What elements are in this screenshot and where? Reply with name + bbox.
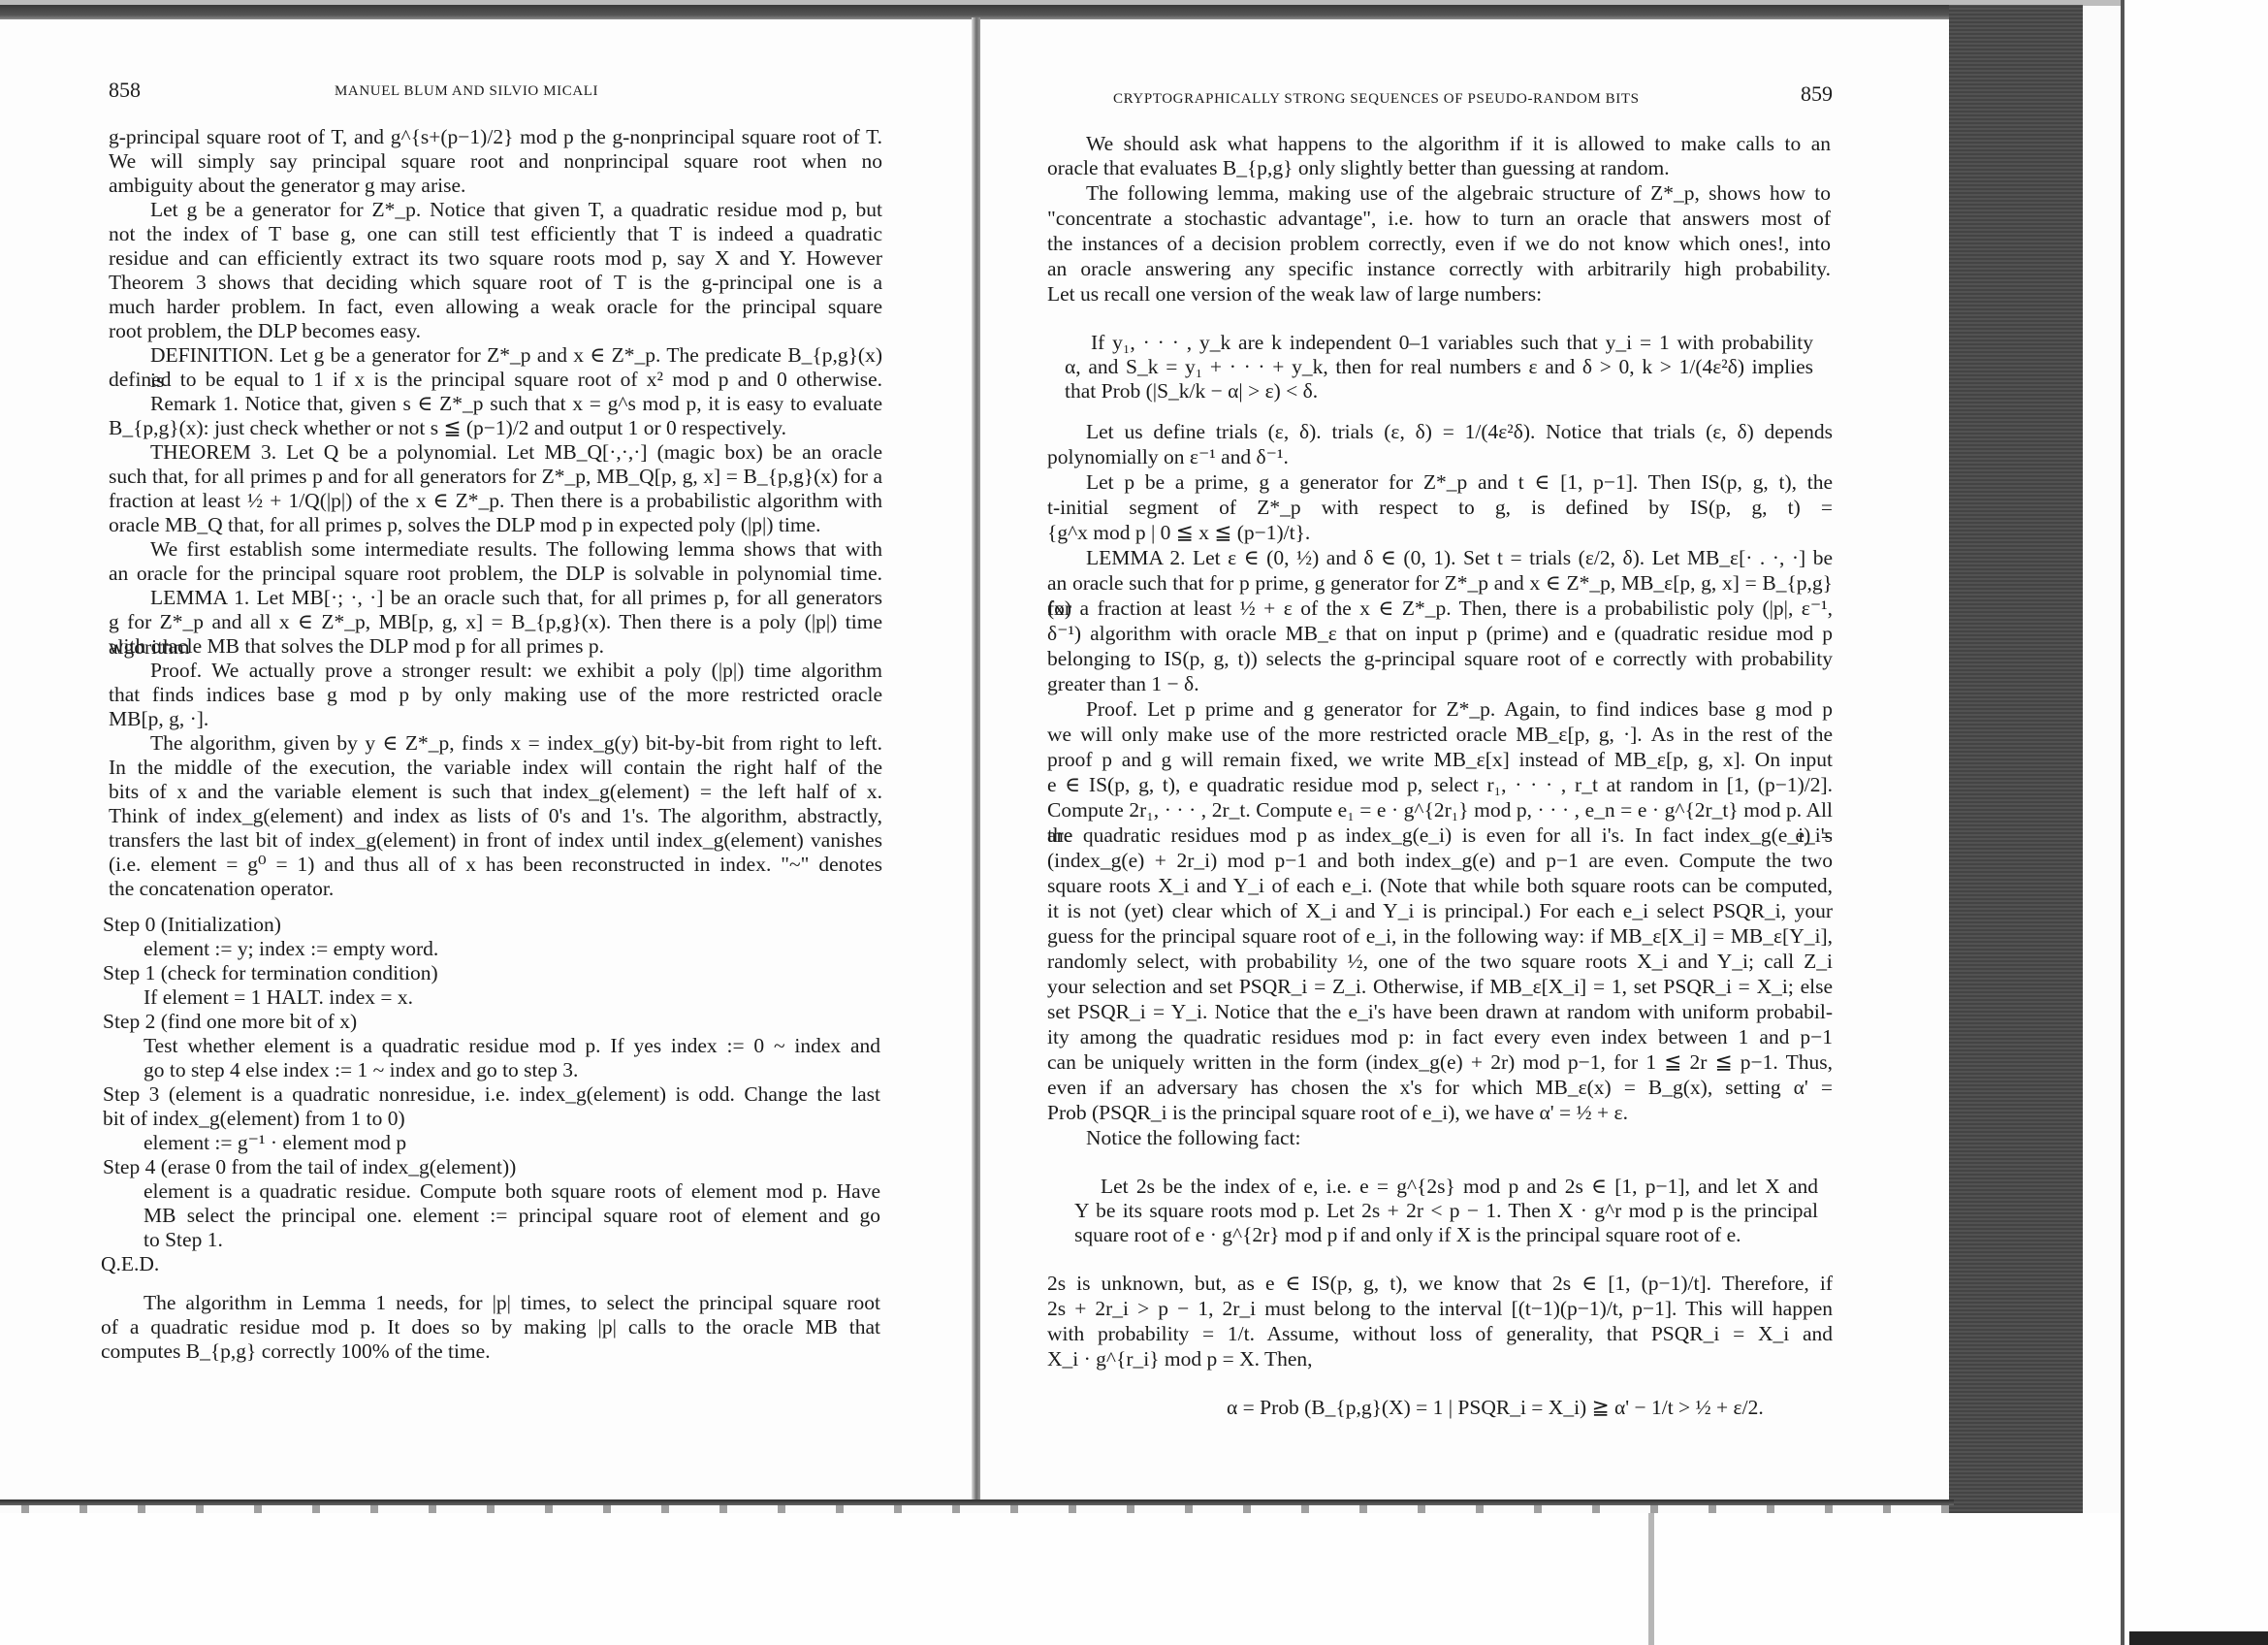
text-line: If y₁, · · · , y_k are k independent 0–1… — [1091, 330, 1813, 355]
text-line: element is a quadratic residue. Compute … — [144, 1178, 880, 1204]
text-line: MB[p, g, ·]. — [109, 706, 208, 731]
text-line: such that, for all primes p and for all … — [109, 464, 882, 489]
text-line: fraction at least ½ + 1/Q(|p|) of the x … — [109, 488, 882, 513]
text-line: Test whether element is a quadratic resi… — [144, 1033, 880, 1058]
page-number: 858 — [109, 78, 141, 103]
text-line: THEOREM 3. Let Q be a polynomial. Let MB… — [150, 439, 882, 465]
text-line: guess for the principal square root of e… — [1047, 923, 1833, 949]
text-line: Prob (PSQR_i is the principal square roo… — [1047, 1100, 1628, 1125]
text-line: Notice the following fact: — [1086, 1125, 1301, 1150]
text-line: Step 3 (element is a quadratic nonresidu… — [103, 1081, 880, 1107]
text-line: Proof. We actually prove a stronger resu… — [150, 658, 882, 683]
text-line: transfers the last bit of index_g(elemen… — [109, 827, 882, 853]
text-line: greater than 1 − δ. — [1047, 671, 1199, 696]
text-line: the concatenation operator. — [109, 876, 334, 901]
text-line: Let p be a prime, g a generator for Z*_p… — [1086, 469, 1833, 495]
text-line: to Step 1. — [144, 1227, 223, 1252]
text-line: computes B_{p,g} correctly 100% of the t… — [101, 1339, 491, 1364]
scan-artifact-line — [1648, 1513, 1654, 1645]
text-line: we will only make use of the more restri… — [1047, 722, 1833, 747]
text-line: Y be its square roots mod p. Let 2s + 2r… — [1074, 1198, 1818, 1223]
text-line: can be uniquely written in the form (ind… — [1047, 1049, 1833, 1075]
text-line: In the middle of the execution, the vari… — [109, 755, 882, 780]
book-gutter — [972, 17, 980, 1501]
text-line: bits of x and the variable element is su… — [109, 779, 882, 804]
text-line: belonging to IS(p, g, t)) selects the g-… — [1047, 646, 1833, 671]
text-line: Let us define trials (ε, δ). trials (ε, … — [1086, 419, 1833, 444]
text-line: even if an adversary has chosen the x's … — [1047, 1075, 1833, 1100]
text-line: oracle MB_Q that, for all primes p, solv… — [109, 512, 820, 537]
text-line: e ∈ IS(p, g, t), e quadratic residue mod… — [1047, 772, 1833, 797]
text-line: residue and can efficiently extract its … — [109, 245, 882, 271]
text-line: with probability = 1/t. Assume, without … — [1047, 1321, 1833, 1346]
text-line: randomly select, with probability ½, one… — [1047, 949, 1833, 974]
text-line: Let 2s be the index of e, i.e. e = g^{2s… — [1101, 1174, 1818, 1199]
running-head: CRYPTOGRAPHICALLY STRONG SEQUENCES OF PS… — [1113, 91, 1640, 108]
text-line: oracle that evaluates B_{p,g} only sligh… — [1047, 155, 1670, 180]
text-line: bit of index_g(element) from 1 to 0) — [103, 1106, 405, 1131]
text-line: Step 4 (erase 0 from the tail of index_g… — [103, 1154, 516, 1179]
text-line: it is not (yet) clear which of X_i and Y… — [1047, 898, 1833, 923]
text-line: Think of index_g(element) and index as l… — [109, 803, 882, 828]
scan-dark-margin — [1949, 5, 2083, 1513]
page-number: 859 — [1801, 81, 1833, 107]
text-line: Remark 1. Notice that, given s ∈ Z*_p su… — [150, 391, 882, 416]
running-head: MANUEL BLUM AND SILVIO MICALI — [335, 83, 598, 100]
text-line: element := g⁻¹ · element mod p — [144, 1130, 406, 1155]
text-line: element := y; index := empty word. — [144, 936, 438, 961]
text-line: Proof. Let p prime and g generator for Z… — [1086, 696, 1833, 722]
text-line: B_{p,g}(x): just check whether or not s … — [109, 415, 786, 440]
text-line: polynomially on ε⁻¹ and δ⁻¹. — [1047, 444, 1289, 469]
text-line: 2s is unknown, but, as e ∈ IS(p, g, t), … — [1047, 1271, 1833, 1296]
text-line: ity among the quadratic residues mod p: … — [1047, 1024, 1833, 1049]
text-line: X_i · g^{r_i} mod p = X. Then, — [1047, 1346, 1313, 1371]
text-line: an oracle for the principal square root … — [109, 561, 882, 586]
text-line: Step 1 (check for termination condition) — [103, 960, 438, 985]
text-line: Let g be a generator for Z*_p. Notice th… — [150, 197, 882, 222]
text-line: square roots X_i and Y_i of each e_i. (N… — [1047, 873, 1833, 898]
text-line: {g^x mod p | 0 ≦ x ≦ (p−1)/t}. — [1047, 520, 1310, 545]
text-line: set PSQR_i = Y_i. Notice that the e_i's … — [1047, 999, 1833, 1024]
text-line: MB select the principal one. element := … — [144, 1203, 880, 1228]
text-line: go to step 4 else index := 1 ~ index and… — [144, 1057, 578, 1082]
text-line: Let us recall one version of the weak la… — [1047, 281, 1542, 306]
text-line: with oracle MB that solves the DLP mod p… — [109, 633, 604, 659]
text-line: t-initial segment of Z*_p with respect t… — [1047, 495, 1833, 520]
text-line: α = Prob (B_{p,g}(X) = 1 | PSQR_i = X_i)… — [1227, 1395, 1764, 1420]
text-line: The algorithm in Lemma 1 needs, for |p| … — [144, 1290, 880, 1315]
text-line: proof p and g will remain fixed, we writ… — [1047, 747, 1833, 772]
text-line: The algorithm, given by y ∈ Z*_p, finds … — [150, 730, 882, 756]
text-line: δ⁻¹) algorithm with oracle MB_ε that on … — [1047, 621, 1833, 646]
text-line: much harder problem. In fact, even allow… — [109, 294, 882, 319]
text-line: for a fraction at least ½ + ε of the x ∈… — [1047, 596, 1833, 621]
text-line: (i.e. element = g⁰ = 1) and thus all of … — [109, 852, 882, 877]
text-line: the instances of a decision problem corr… — [1047, 231, 1831, 256]
text-line: of a quadratic residue mod p. It does so… — [101, 1314, 880, 1339]
text-line: We should ask what happens to the algori… — [1086, 131, 1831, 156]
scan-background — [0, 1513, 2121, 1645]
text-line: α, and S_k = y₁ + · · · + y_k, then for … — [1065, 354, 1813, 379]
scan-edge — [2121, 0, 2124, 1645]
text-line: that finds indices base g mod p by only … — [109, 682, 882, 707]
text-line: are quadratic residues mod p as index_g(… — [1047, 822, 1833, 848]
text-line: an oracle answering any specific instanc… — [1047, 256, 1831, 281]
scan-background — [2124, 0, 2268, 1645]
text-line: Q.E.D. — [101, 1251, 159, 1276]
text-line: We will simply say principal square root… — [109, 148, 882, 174]
text-line: defined to be equal to 1 if x is the pri… — [109, 367, 882, 392]
text-line: that Prob (|S_k/k − α| > ε) < δ. — [1065, 378, 1318, 403]
text-line: The following lemma, making use of the a… — [1086, 180, 1831, 206]
text-line: ambiguity about the generator g may aris… — [109, 173, 465, 198]
text-line: root problem, the DLP becomes easy. — [109, 318, 421, 343]
text-line: We first establish some intermediate res… — [150, 536, 882, 562]
text-line: Step 0 (Initialization) — [103, 912, 281, 937]
text-line: "concentrate a stochastic advantage", i.… — [1047, 206, 1831, 231]
text-line: your selection and set PSQR_i = Z_i. Oth… — [1047, 974, 1833, 999]
text-line: Step 2 (find one more bit of x) — [103, 1009, 357, 1034]
text-line: (index_g(e) + 2r_i) mod p−1 and both ind… — [1047, 848, 1833, 873]
text-line: Theorem 3 shows that deciding which squa… — [109, 270, 882, 295]
text-line: 2s + 2r_i > p − 1, 2r_i must belong to t… — [1047, 1296, 1833, 1321]
text-line: not the index of T base g, one can still… — [109, 221, 882, 246]
text-line: If element = 1 HALT. index = x. — [144, 984, 413, 1010]
text-line: LEMMA 1. Let MB[·; ·, ·] be an oracle su… — [150, 585, 882, 610]
text-line: g-principal square root of T, and g^{s+(… — [109, 124, 882, 149]
text-line: square root of e · g^{2r} mod p if and o… — [1074, 1222, 1741, 1247]
text-line: LEMMA 2. Let ε ∈ (0, ½) and δ ∈ (0, 1). … — [1086, 545, 1833, 570]
scan-corner — [2129, 1631, 2268, 1645]
